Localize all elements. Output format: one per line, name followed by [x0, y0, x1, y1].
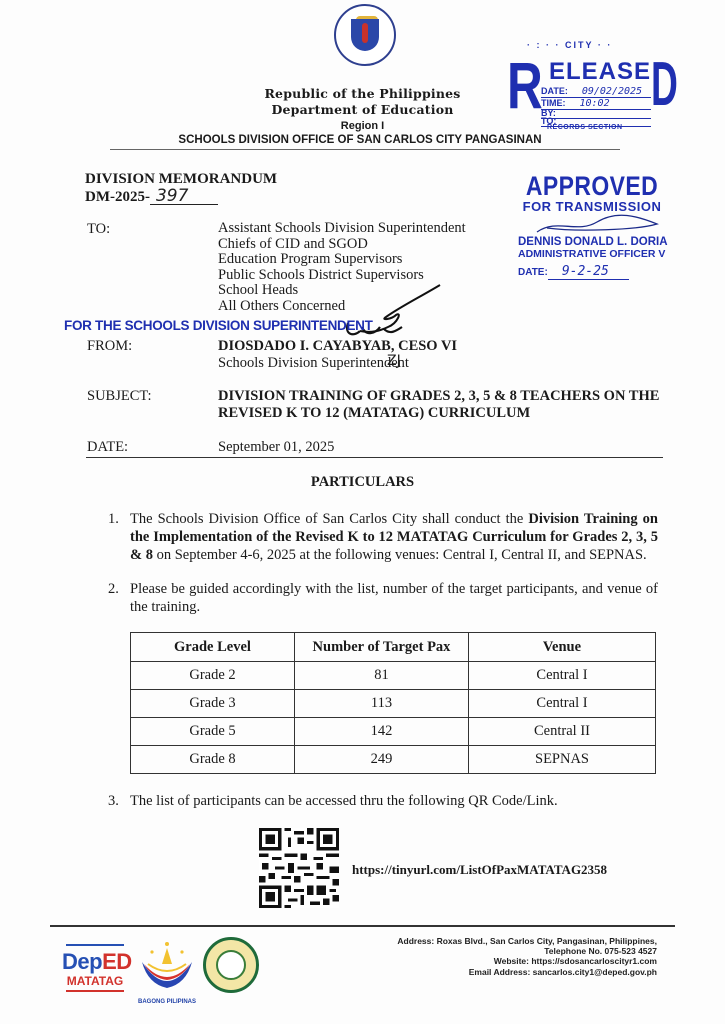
footer-contact: Address: Roxas Blvd., San Carlos City, P… — [380, 936, 657, 977]
memo-number: DM-2025-397 — [85, 188, 218, 206]
released-stamp-bottom: RECORDS SECTION — [547, 124, 623, 131]
memo-number-handwritten: 397 — [150, 188, 218, 205]
recipient: Chiefs of CID and SGOD — [218, 237, 466, 253]
approved-subtitle: FOR TRANSMISSION — [512, 200, 672, 214]
approved-date: DATE:9-2-25 — [518, 264, 672, 279]
memo-date: September 01, 2025 — [218, 439, 334, 456]
bagong-pilipinas-icon — [136, 938, 198, 992]
initials-mark: ZJ — [387, 353, 401, 369]
from-name: DIOSDADO I. CAYABYAB, CESO VI — [218, 338, 457, 355]
subject-text: DIVISION TRAINING OF GRADES 2, 3, 5 & 8 … — [218, 388, 663, 422]
particular-item-2: 2. Please be guided accordingly with the… — [108, 580, 660, 620]
footer-address: Address: Roxas Blvd., San Carlos City, P… — [380, 936, 657, 946]
table-row: Grade 3113Central I — [131, 690, 656, 718]
sdo-san-carlos-seal — [203, 937, 259, 993]
footer-website[interactable]: Website: https://sdosancarloscityr1.com — [380, 956, 657, 966]
date-divider — [86, 457, 663, 458]
footer-telephone: Telephone No. 075-523 4527 — [380, 946, 657, 956]
recipient: Public Schools District Supervisors — [218, 268, 466, 284]
approved-title: APPROVED — [524, 172, 660, 200]
header-divider — [110, 149, 620, 150]
released-stamp: · : · · CITY · · R ELEASE D DATE:09/02/2… — [507, 40, 677, 132]
participants-table: Grade Level Number of Target Pax Venue G… — [130, 632, 656, 774]
for-sds-stamp: FOR THE SCHOOLS DIVISION SUPERINTENDENT — [64, 318, 373, 333]
approver-position: ADMINISTRATIVE OFFICER V — [518, 248, 672, 260]
released-stamp-d: D — [651, 54, 678, 116]
header-office: SCHOOLS DIVISION OFFICE OF SAN CARLOS CI… — [160, 134, 560, 146]
deped-matatag-logo: DepED MATATAG — [62, 942, 128, 1006]
approver-signature — [512, 214, 672, 236]
participants-list-link[interactable]: https://tinyurl.com/ListOfPaxMATATAG2358 — [352, 862, 607, 878]
column-header: Grade Level — [131, 633, 295, 662]
column-header: Number of Target Pax — [295, 633, 469, 662]
particular-item-1: 1. The Schools Division Office of San Ca… — [108, 510, 660, 566]
recipient: Education Program Supervisors — [218, 252, 466, 268]
footer-email[interactable]: Email Address: sancarlos.city1@deped.gov… — [380, 967, 657, 977]
table-row: Grade 5142Central II — [131, 718, 656, 746]
bagong-pilipinas-logo: BAGONG PILIPINAS — [136, 938, 198, 1008]
table-row: Grade 8249SEPNAS — [131, 746, 656, 774]
subject-label: SUBJECT: — [87, 388, 152, 405]
qr-code-icon[interactable] — [259, 828, 339, 908]
shield-icon — [351, 19, 379, 51]
footer-divider — [50, 925, 675, 927]
approved-stamp: APPROVED FOR TRANSMISSION DENNIS DONALD … — [512, 172, 672, 290]
table-header-row: Grade Level Number of Target Pax Venue — [131, 633, 656, 662]
to-label: TO: — [87, 221, 110, 238]
date-label: DATE: — [87, 439, 128, 456]
table-row: Grade 281Central I — [131, 662, 656, 690]
from-label: FROM: — [87, 338, 132, 355]
approver-name: DENNIS DONALD L. DORIA — [518, 236, 672, 248]
seal-inner-icon — [216, 950, 246, 980]
recipient: Assistant Schools Division Superintenden… — [218, 221, 466, 237]
released-date-field: DATE:09/02/2025 — [541, 86, 651, 98]
released-stamp-title: ELEASE — [549, 58, 651, 86]
column-header: Venue — [469, 633, 656, 662]
particular-item-3: 3. The list of participants can be acces… — [108, 792, 660, 812]
deped-seal-icon — [334, 4, 396, 66]
released-stamp-r: R — [507, 52, 543, 118]
from-position: Schools Division Superintendent — [218, 355, 409, 372]
particulars-heading: PARTICULARS — [0, 474, 725, 491]
